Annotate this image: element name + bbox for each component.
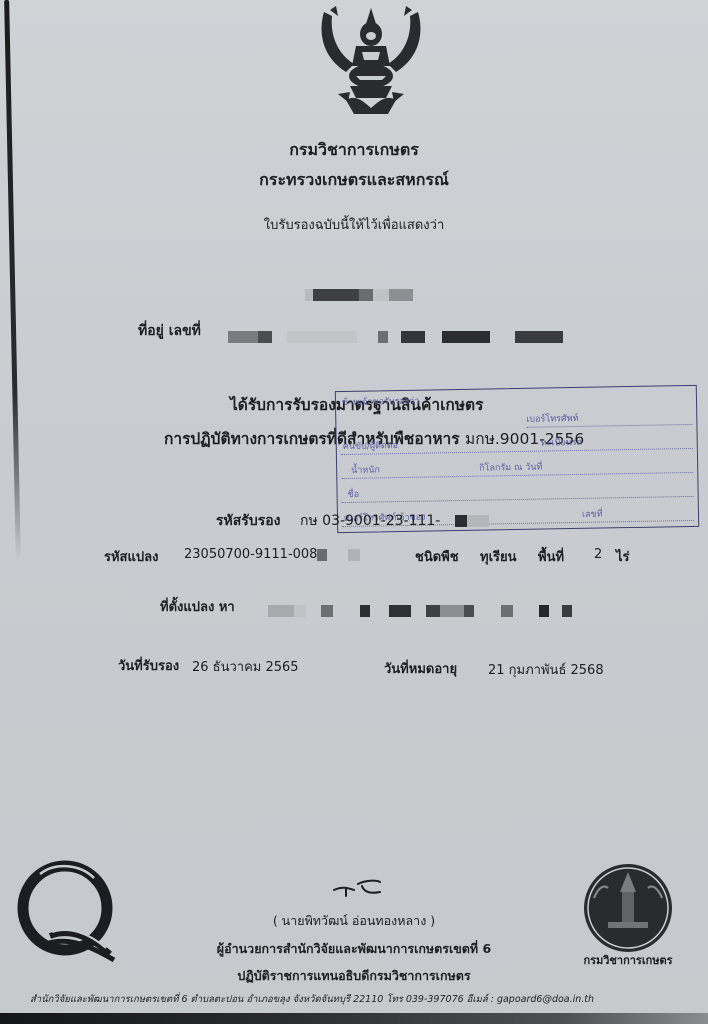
holder-name-redacted [305, 284, 413, 303]
plot-location-redacted [268, 600, 572, 619]
signature-mark [332, 878, 382, 900]
plot-code-label: รหัสแปลง [104, 546, 158, 567]
paper-edge-line [4, 0, 21, 560]
area-unit: ไร่ [616, 546, 630, 567]
q-mark-logo-icon [10, 852, 120, 970]
scan-bottom-edge [0, 1013, 708, 1024]
stamp-line: ชื่อ [341, 482, 693, 503]
cert-code-value: กษ 03-9001-23-111- [300, 510, 489, 532]
ministry-title: กระทรวงเกษตรและสหกรณ์ [0, 168, 708, 193]
certificate-intro: ใบรับรองฉบับนี้ให้ไว้เพื่อแสดงว่า [0, 214, 708, 235]
address-label: ที่อยู่ เลขที่ [138, 320, 201, 342]
address-redacted [228, 326, 563, 345]
plot-code-value: 23050700-9111-008 [184, 547, 360, 562]
cert-code-label: รหัสรับรอง [216, 510, 280, 532]
crop-type-label: ชนิดพืช [415, 546, 459, 567]
stamp-line: คนขับ/ผู้ติดต่อ ทะเบียนรถ [341, 434, 693, 455]
expiry-date-label: วันที่หมดอายุ [384, 658, 457, 679]
garuda-emblem-icon [316, 2, 426, 120]
department-title: กรมวิชาการเกษตร [0, 138, 708, 163]
issue-date-label: วันที่รับรอง [118, 655, 179, 676]
stamp-line: น้ำหนัก กิโลกรัม ณ วันที่ [341, 458, 693, 479]
stamp-line: เบอร์โทรศัพท์ [526, 410, 692, 428]
plot-location-label: ที่ตั้งแปลง หา [160, 596, 235, 617]
svg-text:กรมวิชาการเกษตร: กรมวิชาการเกษตร [583, 954, 672, 967]
expiry-date-value: 21 กุมภาพันธ์ 2568 [488, 659, 604, 680]
doa-seal-logo-icon: กรมวิชาการเกษตร [572, 858, 684, 970]
area-value: 2 [594, 547, 602, 562]
crop-type-value: ทุเรียน [480, 546, 517, 567]
issue-date-value: 26 ธันวาคม 2565 [192, 656, 299, 677]
stamp-line: ข้าพเจ้าขอรับรองว่า [340, 390, 692, 410]
footer-contact: สำนักวิจัยและพัฒนาการเกษตรเขตที่ 6 ตำบลต… [30, 992, 594, 1007]
area-label: พื้นที่ [538, 546, 564, 567]
